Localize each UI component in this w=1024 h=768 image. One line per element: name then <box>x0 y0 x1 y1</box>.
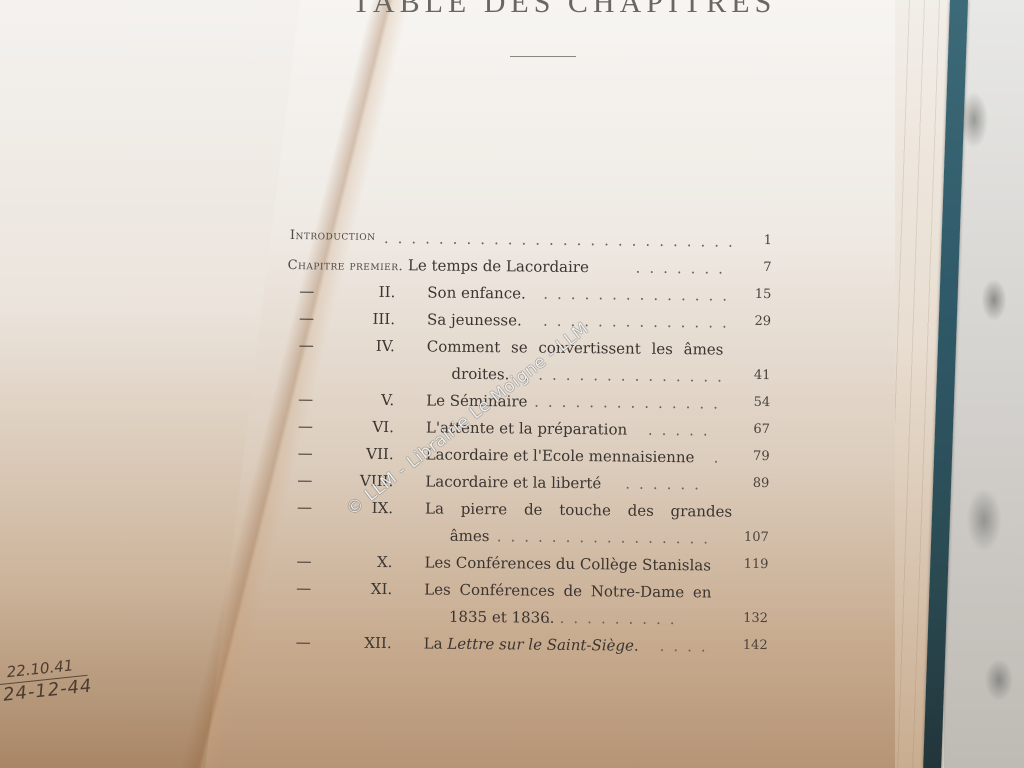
dot-leader: ....... <box>636 259 738 278</box>
chapter-title: La pierre de touche des grandes <box>425 499 732 520</box>
toc-page-number: 142 <box>743 638 768 653</box>
chapter-title-post: . <box>634 637 639 655</box>
dot-leader: ................................. <box>384 229 738 251</box>
toc-page-number: 29 <box>754 314 771 329</box>
chapter-number: XI. <box>371 580 393 598</box>
toc-page-number: 41 <box>754 368 771 383</box>
chapter-number: XII. <box>364 634 391 652</box>
toc-page-number: 1 <box>764 233 772 248</box>
chapter-number: II. <box>379 283 396 301</box>
ditto-dash: — <box>299 336 313 354</box>
dot-leader: ................ <box>497 527 735 547</box>
dot-leader: ..... <box>648 421 736 440</box>
ditto-dash: — <box>298 390 312 408</box>
dot-leader: .......... <box>546 609 734 629</box>
chapter-title-italic: Lettre sur le Saint-Siège <box>447 635 634 655</box>
chapter-title-continued: 1835 et 1836. <box>449 608 555 627</box>
dot-leader: .... <box>660 637 734 656</box>
dot-leader: ...... <box>625 475 735 494</box>
dot-leader: . <box>714 448 736 466</box>
toc-page-number: 107 <box>744 530 769 545</box>
ditto-dash: — <box>299 309 313 327</box>
chapter-label: Chapitre premier. <box>288 258 404 274</box>
ditto-dash: — <box>296 552 310 570</box>
toc-entry-label: Chapitre premier. Le temps de Lacordaire <box>288 255 589 276</box>
chapter-number: IV. <box>376 337 395 355</box>
ditto-dash: — <box>298 417 312 435</box>
ditto-dash: — <box>297 471 311 489</box>
ditto-dash: — <box>297 498 311 516</box>
chapter-title: Son enfance. <box>427 283 526 302</box>
toc-entry-chapter-12: — XII. La Lettre sur le Saint-Siège. ...… <box>283 633 773 665</box>
chapter-title-pre: La <box>424 634 448 652</box>
chapter-title: Lacordaire et l'Ecole mennaisienne <box>426 445 695 466</box>
chapter-title: Les Conférences du Collège Stanislas <box>424 553 711 574</box>
chapter-number: III. <box>372 310 395 328</box>
toc-page-number: 89 <box>753 476 770 491</box>
table-of-contents: Introduction ...........................… <box>283 228 777 665</box>
chapter-number: VI. <box>372 418 394 436</box>
ditto-dash: — <box>296 633 310 651</box>
handwritten-note: 22.10.41 24-12-44 <box>0 653 94 707</box>
toc-page-number: 119 <box>744 557 769 572</box>
chapter-title: Lacordaire et la liberté <box>425 472 601 492</box>
chapter-number: X. <box>377 553 393 571</box>
dot-leader: .............. <box>534 393 736 413</box>
toc-page-number: 79 <box>753 449 770 464</box>
title-rule <box>510 56 576 57</box>
ditto-dash: — <box>296 579 310 597</box>
chapter-number: V. <box>381 391 394 409</box>
chapter-title-continued: âmes <box>450 527 490 545</box>
photo-scene: 22.10.41 24-12-44 TABLE DES CHAPITRES In… <box>0 0 1024 768</box>
ditto-dash: — <box>298 444 312 462</box>
toc-page-number: 67 <box>753 422 770 437</box>
chapter-title: Les Conférences de Notre-Dame en <box>424 580 711 601</box>
chapter-title: Le temps de Lacordaire <box>408 256 589 276</box>
toc-entry-label: Introduction <box>290 228 376 244</box>
chapter-title: Sa jeunesse. <box>427 310 522 329</box>
dot-leader: ............... <box>524 365 736 385</box>
chapter-title: La Lettre sur le Saint-Siège. <box>424 634 639 654</box>
toc-page-number: 7 <box>763 260 771 275</box>
page-title: TABLE DES CHAPITRES <box>352 0 776 20</box>
toc-page-number: 54 <box>754 395 771 410</box>
ditto-dash: — <box>299 282 313 300</box>
toc-page-number: 15 <box>755 287 772 302</box>
chapter-number: VII. <box>366 445 394 463</box>
toc-page-number: 132 <box>743 611 768 626</box>
dot-leader: .............. <box>543 285 737 305</box>
